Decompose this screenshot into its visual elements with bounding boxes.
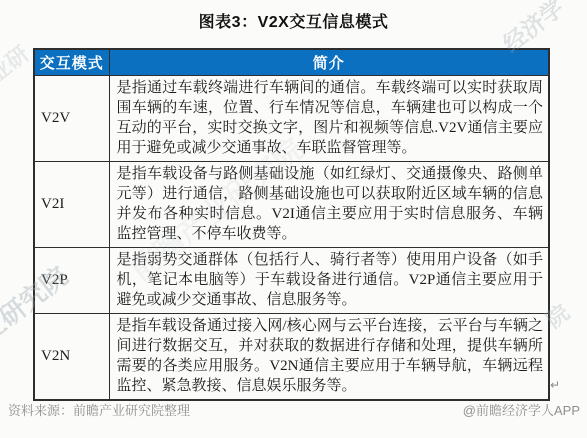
mode-cell: V2P <box>34 248 109 314</box>
desc-cell: 是指弱势交通群体（包括行人、骑行者等）使用用户设备（如手机，笔记本电脑等）于车载… <box>109 248 549 314</box>
app-credit: @前瞻经济学人APP <box>463 400 580 419</box>
header-cell-desc: 简介 <box>109 49 549 76</box>
table-row-v2n: V2N 是指车载设备通过接入网/核心网与云平台连接，云平台与车辆之间进行数据交互… <box>34 314 549 401</box>
mode-cell: V2I <box>34 162 109 248</box>
header-cell-mode: 交互模式 <box>34 49 109 76</box>
watermark: 业研 <box>0 38 35 90</box>
paragraph-return-mark: ↵ <box>550 378 560 392</box>
source-note: 资料来源：前瞻产业研究院整理 <box>8 400 190 419</box>
v2x-info-table: 交互模式 简介 V2V 是指通过车载终端进行车辆间的通信。车载终端可以实时获取周… <box>33 48 550 401</box>
chart-title: 图表3：V2X交互信息模式 <box>0 9 587 32</box>
desc-cell: 是指通过车载终端进行车辆间的通信。车载终端可以实时获取周围车辆的车速，位置、行车… <box>109 76 549 162</box>
mode-cell: V2V <box>34 76 109 162</box>
table-row-v2i: V2I 是指车载设备与路侧基础设施（如红绿灯、交通摄像央、路侧单元等）进行通信，… <box>34 162 549 248</box>
table-header-row: 交互模式 简介 <box>34 49 549 76</box>
desc-cell: 是指车载设备与路侧基础设施（如红绿灯、交通摄像央、路侧单元等）进行通信，路侧基础… <box>109 162 549 248</box>
table-row-v2p: V2P 是指弱势交通群体（包括行人、骑行者等）使用用户设备（如手机，笔记本电脑等… <box>34 248 549 314</box>
mode-cell: V2N <box>34 314 109 401</box>
desc-cell: 是指车载设备通过接入网/核心网与云平台连接，云平台与车辆之间进行数据交互，并对获… <box>109 314 549 401</box>
figure-page: 图表3：V2X交互信息模式 交互模式 简介 V2V 是指通过车载终端进行车辆间的… <box>0 0 587 438</box>
table-row-v2v: V2V 是指通过车载终端进行车辆间的通信。车载终端可以实时获取周围车辆的车速，位… <box>34 76 549 162</box>
